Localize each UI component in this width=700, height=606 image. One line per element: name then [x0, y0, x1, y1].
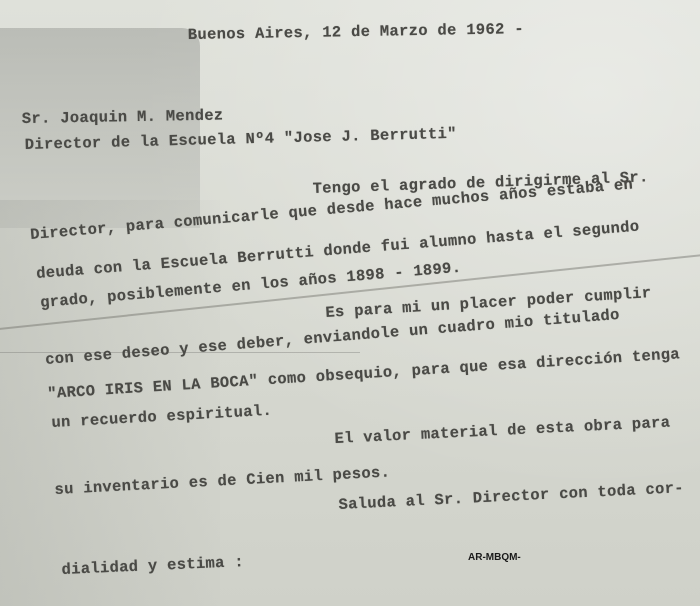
- archive-stamp: AR-MBQM-: [468, 552, 521, 563]
- photo-shadow: [0, 28, 200, 228]
- recipient-name: Sr. Joaquin M. Mendez: [22, 106, 224, 128]
